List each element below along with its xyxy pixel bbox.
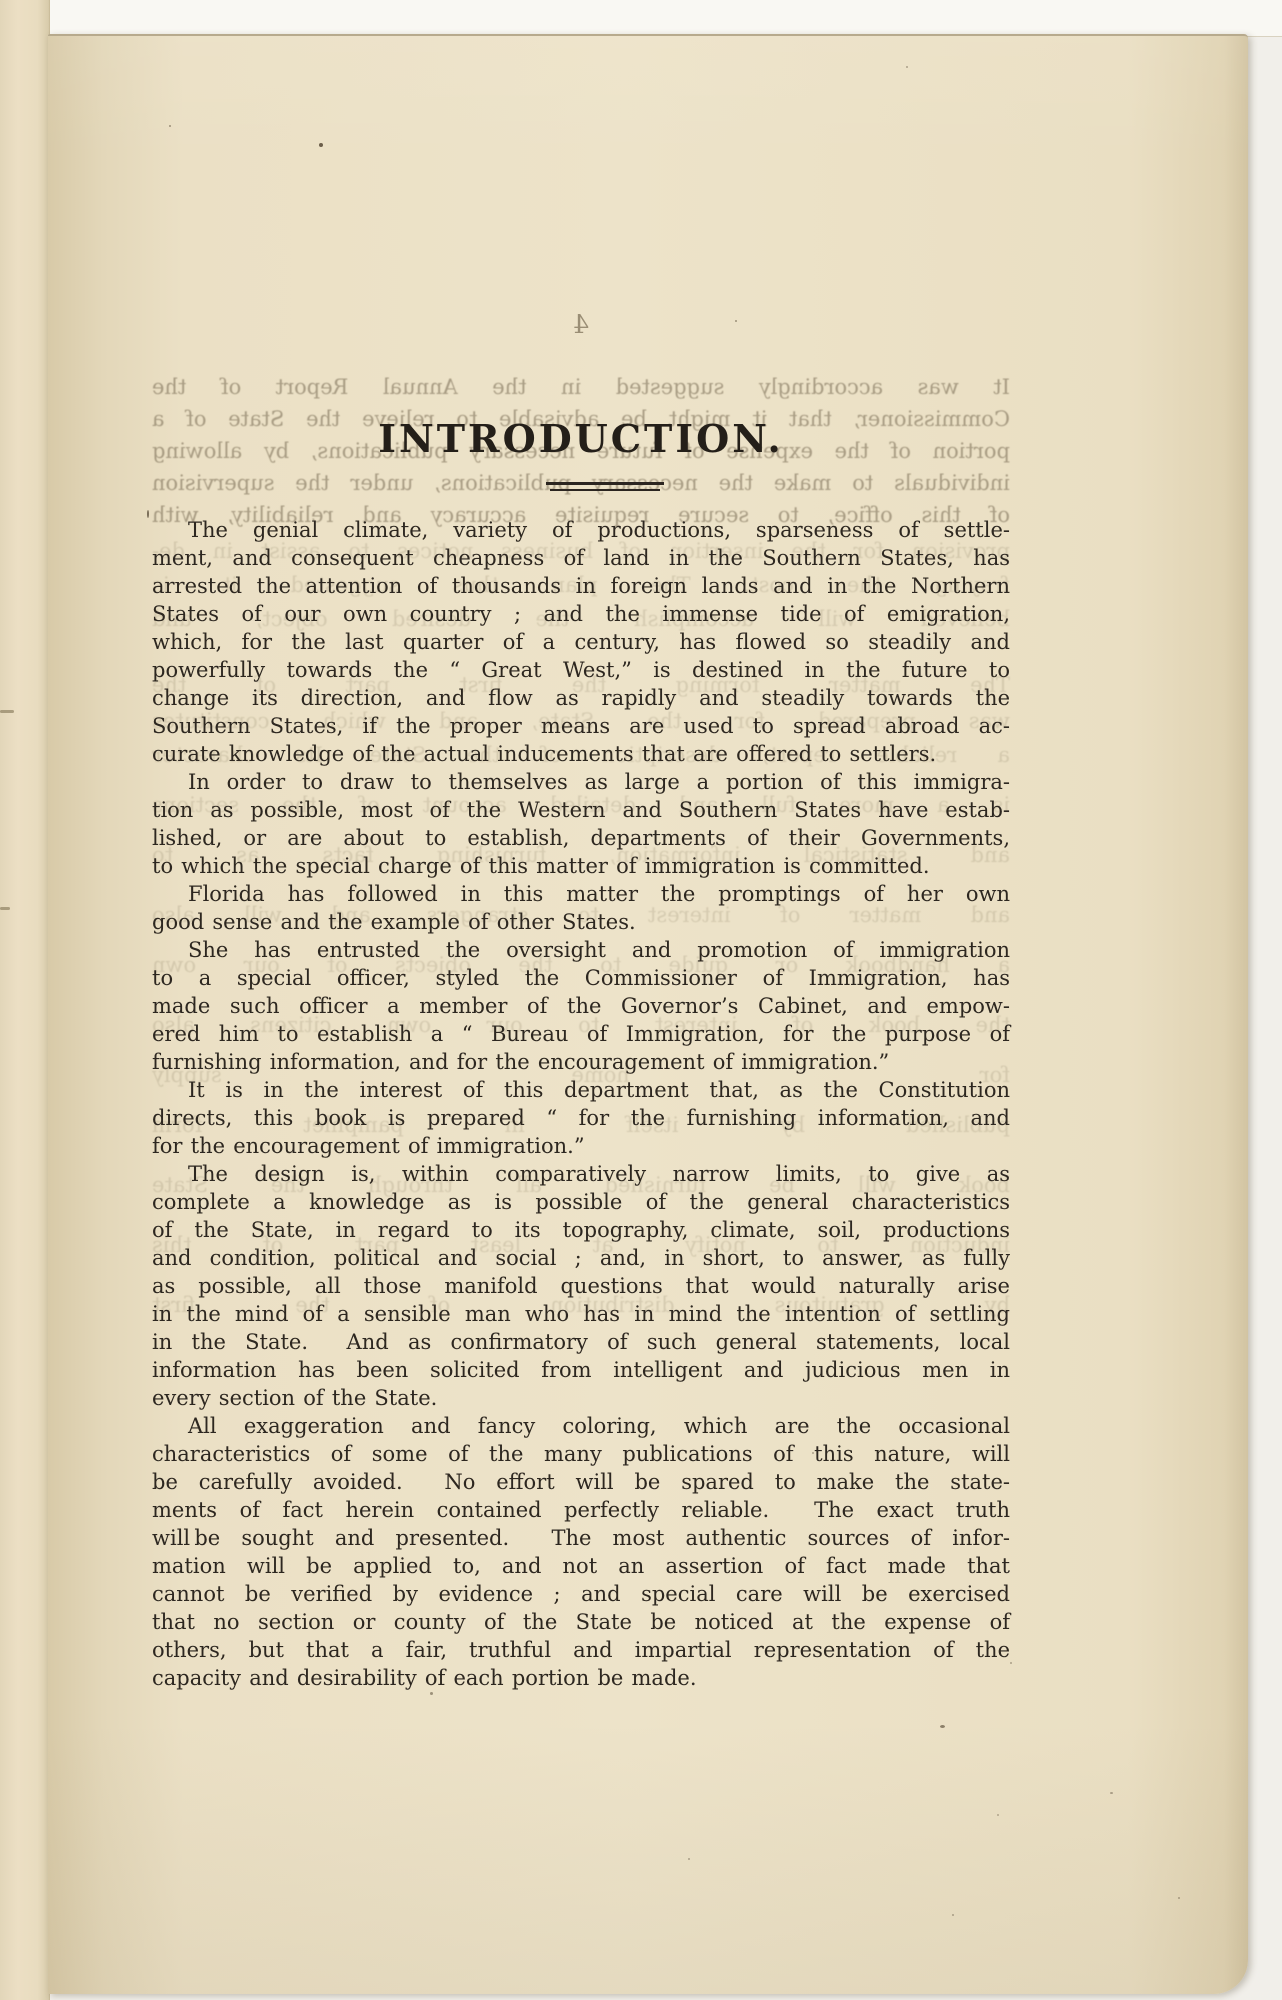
body-line: arrested the attention of thousands in f…: [152, 572, 1010, 600]
body-line: information has been solicited from inte…: [152, 1356, 1010, 1384]
paper-speck: [319, 143, 323, 147]
book-photo: It was accordingly suggested in the Annu…: [0, 0, 1282, 2000]
body-line: that no section or county of the State b…: [152, 1608, 1010, 1636]
body-line: complete a knowledge as is possible of t…: [152, 1188, 1010, 1216]
body-line: The design is, within comparatively narr…: [152, 1160, 1010, 1188]
body-line: All exaggeration and fancy coloring, whi…: [152, 1412, 1010, 1440]
body-line: to a special officer, styled the Commiss…: [152, 964, 1010, 992]
body-line: Florida has followed in this matter the …: [152, 880, 1010, 908]
body-line: capacity and desirability of each portio…: [152, 1664, 1010, 1692]
body-line: others, but that a fair, truthful and im…: [152, 1636, 1010, 1664]
body-line: powerfully towards the “ Great West,” is…: [152, 656, 1010, 684]
body-line: of the State, in regard to its topograph…: [152, 1216, 1010, 1244]
body-line: change its direction, and flow as rapidl…: [152, 684, 1010, 712]
body-line: be carefully avoided. No effort will be …: [152, 1468, 1010, 1496]
body-line: characteristics of some of the many publ…: [152, 1440, 1010, 1468]
body-text: The genial climate, variety of productio…: [152, 516, 1010, 1692]
body-line: directs, this book is prepared “ for the…: [152, 1104, 1010, 1132]
page-number: 4: [152, 310, 1010, 339]
body-line: will be sought and presented. The most a…: [152, 1524, 1010, 1552]
page-edge-mark: [0, 907, 10, 910]
body-line: The genial climate, variety of productio…: [152, 516, 1010, 544]
body-line: ered him to establish a “ Bureau of Immi…: [152, 1020, 1010, 1048]
body-line: tion as possible, most of the Western an…: [152, 796, 1010, 824]
title-rule-thick: [546, 482, 664, 485]
body-line: in the State. And as confirmatory of suc…: [152, 1328, 1010, 1356]
paper-speck: [940, 1725, 945, 1728]
chapter-title: INTRODUCTION.: [152, 416, 1010, 461]
paper-speck: [1010, 1662, 1012, 1664]
body-line: States of our own country ; and the imme…: [152, 600, 1010, 628]
body-line: to which the special charge of this matt…: [152, 852, 1010, 880]
paper-speck: [735, 320, 737, 322]
paper-speck: [952, 1914, 954, 1916]
page-edge-mark: [0, 710, 14, 713]
body-line: for the encouragement of immigration.”: [152, 1132, 1010, 1160]
body-line: and condition, political and social ; an…: [152, 1244, 1010, 1272]
body-line: in the mind of a sensible man who has in…: [152, 1300, 1010, 1328]
body-line: lished, or are about to establish, depar…: [152, 824, 1010, 852]
body-line: made such officer a member of the Govern…: [152, 992, 1010, 1020]
body-line: ment, and consequent cheapness of land i…: [152, 544, 1010, 572]
body-line: curate knowledge of the actual inducemen…: [152, 740, 1010, 768]
paper-speck: [997, 1814, 999, 1816]
body-line: Southern States, if the proper means are…: [152, 712, 1010, 740]
body-line: cannot be verified by evidence ; and spe…: [152, 1580, 1010, 1608]
body-line: furnishing information, and for the enco…: [152, 1048, 1010, 1076]
body-line: every section of the State.: [152, 1384, 1010, 1412]
paper-speck: [1178, 1897, 1180, 1899]
body-line: ments of fact herein contained perfectly…: [152, 1496, 1010, 1524]
body-line: mation will be applied to, and not an as…: [152, 1552, 1010, 1580]
bleedthrough-line: It was accordingly suggested in the Annu…: [152, 374, 1010, 401]
body-line: She has entrusted the oversight and prom…: [152, 936, 1010, 964]
book-fore-edge-pages: [0, 0, 50, 2000]
body-line: It is in the interest of this department…: [152, 1076, 1010, 1104]
paper-speck: [1110, 1792, 1113, 1794]
body-line: good sense and the example of other Stat…: [152, 908, 1010, 936]
body-line: which, for the last quarter of a century…: [152, 628, 1010, 656]
paper-speck: [430, 1692, 433, 1695]
book-page: It was accordingly suggested in the Annu…: [48, 34, 1248, 1994]
body-line: as possible, all those manifold question…: [152, 1272, 1010, 1300]
title-rule: [546, 482, 664, 491]
paper-speck: [169, 125, 171, 127]
background-page-edge-top: [44, 0, 1282, 37]
paper-speck: [688, 1858, 690, 1860]
paper-speck: [147, 510, 149, 518]
paper-speck: [906, 66, 908, 68]
title-rule-thin: [550, 489, 661, 491]
body-line: In order to draw to themselves as large …: [152, 768, 1010, 796]
